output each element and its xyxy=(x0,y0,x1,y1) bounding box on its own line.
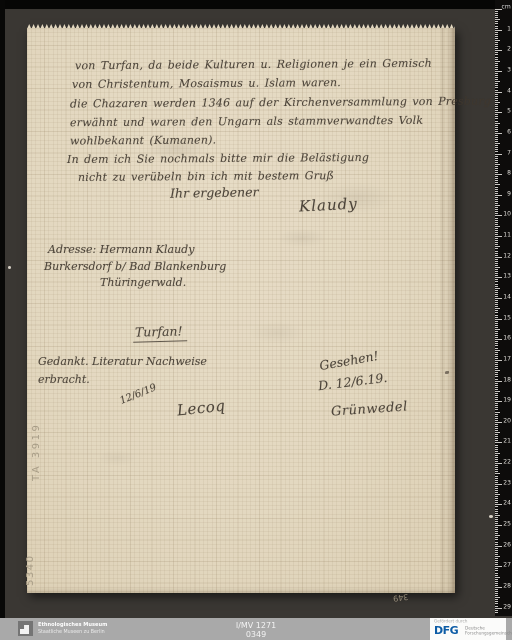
ruler-tick xyxy=(495,511,498,512)
ruler-tick xyxy=(495,106,498,107)
letter-body-line: In dem ich Sie nochmals bitte mir die Be… xyxy=(67,151,369,166)
ruler-tick xyxy=(495,422,502,423)
ruler-tick xyxy=(495,385,498,386)
ruler-tick xyxy=(495,300,498,301)
ruler-tick xyxy=(495,490,498,491)
ruler-tick xyxy=(495,451,498,452)
ruler-tick xyxy=(495,65,498,66)
ruler-tick xyxy=(495,568,498,569)
address-line: Burkersdorf b/ Bad Blankenburg xyxy=(44,260,226,273)
ruler-tick xyxy=(495,403,498,404)
ruler-tick xyxy=(495,593,498,594)
dfg-logo-box: Gefördert durch DFG Deutsche Forschungsg… xyxy=(430,618,506,640)
ruler-tick xyxy=(495,240,498,241)
ruler-tick xyxy=(495,304,498,305)
ruler-tick xyxy=(495,478,498,479)
ruler-tick xyxy=(495,424,498,425)
ruler-number: 8 xyxy=(507,169,511,176)
ruler-tick xyxy=(495,242,498,243)
ruler-tick xyxy=(495,606,498,607)
ruler-tick xyxy=(495,438,498,439)
ruler-tick xyxy=(495,199,498,200)
ruler-tick xyxy=(495,222,498,223)
ruler-tick xyxy=(495,521,498,522)
paper-smudges xyxy=(27,28,455,593)
ruler-tick xyxy=(495,533,498,534)
dust-speck xyxy=(8,266,11,269)
ruler-tick xyxy=(495,220,498,221)
ruler-tick xyxy=(495,339,502,340)
ruler-tick xyxy=(495,376,498,377)
ruler-tick xyxy=(495,261,498,262)
ruler-tick xyxy=(495,226,500,227)
ruler-tick xyxy=(495,325,498,326)
ruler-tick xyxy=(495,75,498,76)
ruler-tick xyxy=(495,273,498,274)
ruler-tick xyxy=(495,556,500,557)
ruler-tick xyxy=(495,319,502,320)
ruler-tick xyxy=(495,42,498,43)
ruler-tick xyxy=(495,360,502,361)
ruler-tick xyxy=(495,432,500,433)
ruler-tick xyxy=(495,542,498,543)
ruler-tick xyxy=(495,310,498,311)
ruler-tick xyxy=(495,515,500,516)
ruler-tick xyxy=(495,389,498,390)
ruler-number: 21 xyxy=(503,437,511,444)
letter-closing: Ihr ergebener xyxy=(170,184,259,201)
ruler-tick xyxy=(495,440,498,441)
ruler-tick xyxy=(495,172,498,173)
ruler-unit-label: cm xyxy=(502,3,511,10)
ruler-tick xyxy=(495,63,498,64)
ruler-number: 22 xyxy=(503,458,511,465)
ruler-tick xyxy=(495,486,498,487)
ruler-tick xyxy=(495,366,498,367)
ruler-tick xyxy=(495,143,500,144)
ruler-tick xyxy=(495,517,498,518)
ruler-tick xyxy=(495,244,498,245)
ruler-tick xyxy=(495,288,500,289)
ruler-number: 4 xyxy=(507,87,511,94)
ruler-number: 19 xyxy=(503,396,511,403)
ruler-number: 24 xyxy=(503,499,511,506)
ruler-tick xyxy=(495,292,498,293)
ruler-tick xyxy=(495,348,498,349)
ruler-tick xyxy=(495,257,502,258)
ruler-tick xyxy=(495,162,498,163)
ruler-number: 6 xyxy=(507,128,511,135)
ruler-tick xyxy=(495,125,498,126)
ruler-tick xyxy=(495,180,498,181)
ruler-tick xyxy=(495,595,498,596)
ruler-tick xyxy=(495,271,498,272)
ruler-tick xyxy=(495,187,498,188)
footer-bar: Ethnologisches Museum Staatliche Museen … xyxy=(0,618,512,640)
ruler-tick xyxy=(495,608,502,609)
ruler-tick xyxy=(495,9,502,10)
ruler-number: 9 xyxy=(507,190,511,197)
ruler-tick xyxy=(495,434,498,435)
ruler-tick xyxy=(495,566,502,567)
ruler-tick xyxy=(495,471,498,472)
ruler-tick xyxy=(495,205,500,206)
letter-body-line: von Christentum, Mosaismus u. Islam ware… xyxy=(72,76,341,91)
ruler-tick xyxy=(495,552,498,553)
ruler-number: 20 xyxy=(503,417,511,424)
ruler-tick xyxy=(495,502,498,503)
ruler-number: 27 xyxy=(503,561,511,568)
ruler-tick xyxy=(495,564,498,565)
ruler-tick xyxy=(495,197,498,198)
address-line: Thüringerwald. xyxy=(100,276,186,289)
ruler-tick xyxy=(495,476,498,477)
ruler-tick xyxy=(495,168,498,169)
ruler-tick xyxy=(495,317,498,318)
ruler-number: 7 xyxy=(507,149,511,156)
ruler-tick xyxy=(495,529,498,530)
ruler-tick xyxy=(495,381,502,382)
ruler-tick xyxy=(495,500,498,501)
ruler-tick xyxy=(495,368,498,369)
ruler-tick xyxy=(495,211,498,212)
ruler-tick xyxy=(495,407,498,408)
ruler-tick xyxy=(495,110,498,111)
ruler-tick xyxy=(495,160,498,161)
ruler-tick xyxy=(495,108,498,109)
ruler-tick xyxy=(495,504,502,505)
ruler-tick xyxy=(495,550,498,551)
ruler-tick xyxy=(495,333,498,334)
ruler-tick xyxy=(495,329,500,330)
ruler-tick xyxy=(495,420,498,421)
ruler-tick xyxy=(495,259,498,260)
ruler-tick xyxy=(495,59,498,60)
ruler-number: 3 xyxy=(507,66,511,73)
ruler-tick xyxy=(495,583,498,584)
ruler-tick xyxy=(495,255,498,256)
ruler-tick xyxy=(495,26,498,27)
ruler-tick xyxy=(495,121,498,122)
ruler-tick xyxy=(495,335,498,336)
ruler-number: 5 xyxy=(507,107,511,114)
ruler-tick xyxy=(495,581,498,582)
ruler-tick xyxy=(495,73,498,74)
ruler-number: 12 xyxy=(503,252,511,259)
ruler-tick xyxy=(495,156,498,157)
ruler-tick xyxy=(495,494,500,495)
ruler-tick xyxy=(495,166,498,167)
ruler-tick xyxy=(495,589,498,590)
ruler-tick xyxy=(495,44,498,45)
ruler-tick xyxy=(495,356,498,357)
ruler-tick xyxy=(495,203,498,204)
ruler-tick xyxy=(495,327,498,328)
ruler-tick xyxy=(495,527,498,528)
ruler-tick xyxy=(495,362,498,363)
ruler-tick xyxy=(495,577,500,578)
ruler-tick xyxy=(495,158,498,159)
ruler-tick xyxy=(495,19,500,20)
ruler-tick xyxy=(495,548,498,549)
ruler-tick xyxy=(495,457,498,458)
ruler-tick xyxy=(495,17,498,18)
ruler-tick xyxy=(495,154,502,155)
ruler-tick xyxy=(495,149,498,150)
ruler-tick xyxy=(495,54,498,55)
ruler-tick xyxy=(495,374,498,375)
ruler-tick xyxy=(495,279,498,280)
address-line: Adresse: Hermann Klaudy xyxy=(48,243,194,256)
ruler-tick xyxy=(495,286,498,287)
ruler-tick xyxy=(495,170,498,171)
ruler-tick xyxy=(495,321,498,322)
ruler-tick xyxy=(495,399,498,400)
ruler-tick xyxy=(495,201,498,202)
ruler-tick xyxy=(495,118,498,119)
scan-top-border xyxy=(0,0,512,9)
ruler-tick xyxy=(495,558,498,559)
ruler-number: 26 xyxy=(503,541,511,548)
ruler-tick xyxy=(495,46,498,47)
ruler-tick xyxy=(495,426,498,427)
ruler-tick xyxy=(495,397,498,398)
ruler-tick xyxy=(495,61,500,62)
ruler-tick xyxy=(495,131,498,132)
ruler-tick xyxy=(495,372,498,373)
ruler-tick xyxy=(495,416,498,417)
ruler-tick xyxy=(495,323,498,324)
paper-fold-line xyxy=(441,28,444,593)
ruler-number: 17 xyxy=(503,355,511,362)
ruler-tick xyxy=(495,23,498,24)
ruler-tick xyxy=(495,509,498,510)
ruler-tick xyxy=(495,294,498,295)
ruler-tick xyxy=(495,123,500,124)
ruler-tick xyxy=(495,67,498,68)
ruler-tick xyxy=(495,137,498,138)
ruler-tick xyxy=(495,428,498,429)
ruler-tick xyxy=(495,562,498,563)
ruler-tick xyxy=(495,519,498,520)
ruler-tick xyxy=(495,275,498,276)
ruler-tick xyxy=(495,612,498,613)
ruler-tick xyxy=(495,11,498,12)
ruler-tick xyxy=(495,151,498,152)
ruler-tick xyxy=(495,182,498,183)
ruler-tick xyxy=(495,405,498,406)
ruler-tick xyxy=(495,85,498,86)
ruler-tick xyxy=(495,343,498,344)
ruler-tick xyxy=(495,38,498,39)
ruler-number: 25 xyxy=(503,520,511,527)
ruler-tick xyxy=(495,176,498,177)
ruler-tick xyxy=(495,331,498,332)
ruler-tick xyxy=(495,48,498,49)
ruler-tick xyxy=(495,453,500,454)
ruler-tick xyxy=(495,81,500,82)
ruler-tick xyxy=(495,352,498,353)
office-note-line: Gedankt. Literatur Nachweise xyxy=(38,355,207,368)
ruler-tick xyxy=(495,364,498,365)
ruler-tick xyxy=(495,87,498,88)
ruler-tick xyxy=(495,445,498,446)
dfg-name-line: Forschungsgemeinschaft xyxy=(465,631,512,636)
ruler-tick xyxy=(495,191,498,192)
ruler-tick xyxy=(495,90,498,91)
ruler-tick xyxy=(495,178,498,179)
ruler-tick xyxy=(495,496,498,497)
ruler-tick xyxy=(495,306,498,307)
ruler-number: 1 xyxy=(507,25,511,32)
ruler-tick xyxy=(495,57,498,58)
dust-speck xyxy=(489,515,493,518)
ruler-tick xyxy=(495,15,498,16)
ruler-tick xyxy=(495,145,498,146)
ruler-tick xyxy=(495,164,500,165)
ruler-tick xyxy=(495,30,502,31)
ruler-number: 2 xyxy=(507,45,511,52)
scanned-letter-page: von Turfan, da beide Kulturen u. Religio… xyxy=(0,0,512,640)
ruler-tick xyxy=(495,246,500,247)
ruler-tick xyxy=(495,447,498,448)
ruler-tick xyxy=(495,546,502,547)
ruler-tick xyxy=(495,296,498,297)
ruler-tick xyxy=(495,34,498,35)
ruler-tick xyxy=(495,591,498,592)
ruler-tick xyxy=(495,585,498,586)
ruler-tick xyxy=(495,554,498,555)
ruler-tick xyxy=(495,102,500,103)
ruler-number: 13 xyxy=(503,272,511,279)
ruler-tick xyxy=(495,92,502,93)
ruler-tick xyxy=(495,401,502,402)
ruler-tick xyxy=(495,393,498,394)
ruler-tick xyxy=(495,290,498,291)
ruler-tick xyxy=(495,575,498,576)
ruler-tick xyxy=(495,174,502,175)
ruler-tick xyxy=(495,236,502,237)
ruler-tick xyxy=(495,379,498,380)
pencil-corner-number: 349 xyxy=(392,592,408,603)
scan-left-border xyxy=(0,0,5,618)
ruler-tick xyxy=(495,209,498,210)
ruler-tick xyxy=(495,345,498,346)
ruler-tick xyxy=(495,248,498,249)
ruler-tick xyxy=(495,308,500,309)
ruler-number: 16 xyxy=(503,334,511,341)
ruler-tick xyxy=(495,13,498,14)
ruler-tick xyxy=(495,112,502,113)
letter-body-line: von Turfan, da beide Kulturen u. Religio… xyxy=(75,57,432,72)
pencil-ta-number: TA 3919 xyxy=(31,423,42,481)
ruler-tick xyxy=(495,387,498,388)
ruler-tick xyxy=(495,358,498,359)
sender-signature: Klaudy xyxy=(299,194,359,215)
ruler-tick xyxy=(495,525,502,526)
ruler-number: 11 xyxy=(503,231,511,238)
ruler-tick xyxy=(495,467,498,468)
ruler-tick xyxy=(495,189,498,190)
ruler-tick xyxy=(495,218,498,219)
ruler-tick xyxy=(495,455,498,456)
ruler-tick xyxy=(495,350,500,351)
ruler-tick xyxy=(495,36,498,37)
ruler-tick xyxy=(495,395,498,396)
ruler-tick xyxy=(495,232,498,233)
ruler-tick xyxy=(495,498,498,499)
ruler-tick xyxy=(495,539,498,540)
ruler-tick xyxy=(495,418,498,419)
ruler-tick xyxy=(495,193,498,194)
ruler-tick xyxy=(495,535,500,536)
ruler-tick xyxy=(495,263,498,264)
ruler-tick xyxy=(495,104,498,105)
ruler-tick xyxy=(495,267,500,268)
ruler-tick xyxy=(495,537,498,538)
ruler-tick xyxy=(495,484,502,485)
ruler-tick xyxy=(495,253,498,254)
letter-body-line: nicht zu verübeln bin ich mit bestem Gru… xyxy=(78,169,334,184)
ruler-tick xyxy=(495,139,498,140)
ruler-tick xyxy=(495,269,498,270)
ruler-number: 14 xyxy=(503,293,511,300)
ruler-tick xyxy=(495,251,498,252)
ruler-tick xyxy=(495,601,498,602)
subject-keyword: Turfan! xyxy=(133,323,187,342)
ruler-tick xyxy=(495,147,498,148)
dfg-logo: DFG xyxy=(434,624,458,637)
ruler-tick xyxy=(495,230,498,231)
pencil-inventory-number: 5340 xyxy=(25,555,36,586)
ruler-tick xyxy=(495,94,498,95)
ruler-tick xyxy=(495,430,498,431)
ruler-tick xyxy=(495,83,498,84)
ruler-tick xyxy=(495,560,498,561)
ruler-tick xyxy=(495,277,502,278)
ruler-tick xyxy=(495,40,500,41)
ruler-number: 18 xyxy=(503,376,511,383)
ruler-tick xyxy=(495,312,498,313)
ruler-tick xyxy=(495,184,500,185)
ruler-tick xyxy=(495,265,498,266)
ruler-tick xyxy=(495,32,498,33)
ruler-tick xyxy=(495,141,498,142)
ruler-tick xyxy=(495,506,498,507)
ruler-tick xyxy=(495,480,498,481)
ruler-number: 28 xyxy=(503,582,511,589)
ruler-tick xyxy=(495,98,498,99)
ruler-tick xyxy=(495,281,498,282)
ruler-tick xyxy=(495,69,498,70)
ruler-tick xyxy=(495,482,498,483)
letter-body-line: erwähnt und waren den Ungarn als stammve… xyxy=(70,114,423,129)
ruler-tick xyxy=(495,469,498,470)
ruler-tick xyxy=(495,570,498,571)
ruler-tick xyxy=(495,463,502,464)
ruler-tick xyxy=(495,465,498,466)
office-note-line: erbracht. xyxy=(38,373,90,386)
ruler-tick xyxy=(495,473,500,474)
ruler-tick xyxy=(495,461,498,462)
ruler: cm 1234567891011121314151617181920212223… xyxy=(495,0,512,616)
ruler-tick xyxy=(495,228,498,229)
ruler-tick xyxy=(495,442,502,443)
ruler-tick xyxy=(495,531,498,532)
ruler-tick xyxy=(495,391,500,392)
ruler-tick xyxy=(495,599,498,600)
ruler-tick xyxy=(495,284,498,285)
